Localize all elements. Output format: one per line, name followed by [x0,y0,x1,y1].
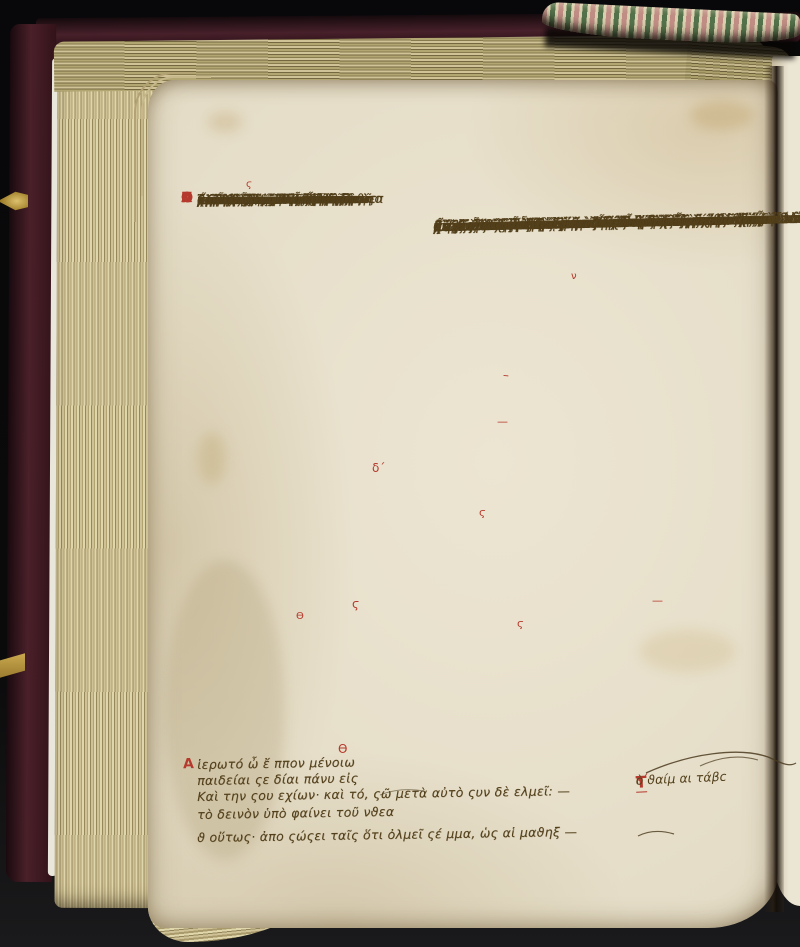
manuscript-line: ϛν ἑ ϑδιὸ ϑο μὲν ἕε ιζ ϑ δι φίλο ςα κ ϑα… [433,214,434,240]
parchment-stain [690,100,754,130]
tail-text: ὸ ϑαίμ αι τάβϲ [635,769,726,788]
photo-of-open-codex: Οτι δὲ εἶ μαι ἀϊ καϑήτωι ςἀήτυχ ςαι ς τὸ… [0,0,800,947]
parchment-shading [165,560,285,860]
rubric-initial: Α [181,190,192,208]
parchment-stain [208,112,242,132]
parchment-stain [198,432,226,484]
line-text: ρωμεϑήςεις:· [197,190,282,208]
footer-tail-note: κ΄ Τ ὸ ϑαίμ αι τάβϲ [635,765,800,806]
parchment-stain [640,630,735,672]
